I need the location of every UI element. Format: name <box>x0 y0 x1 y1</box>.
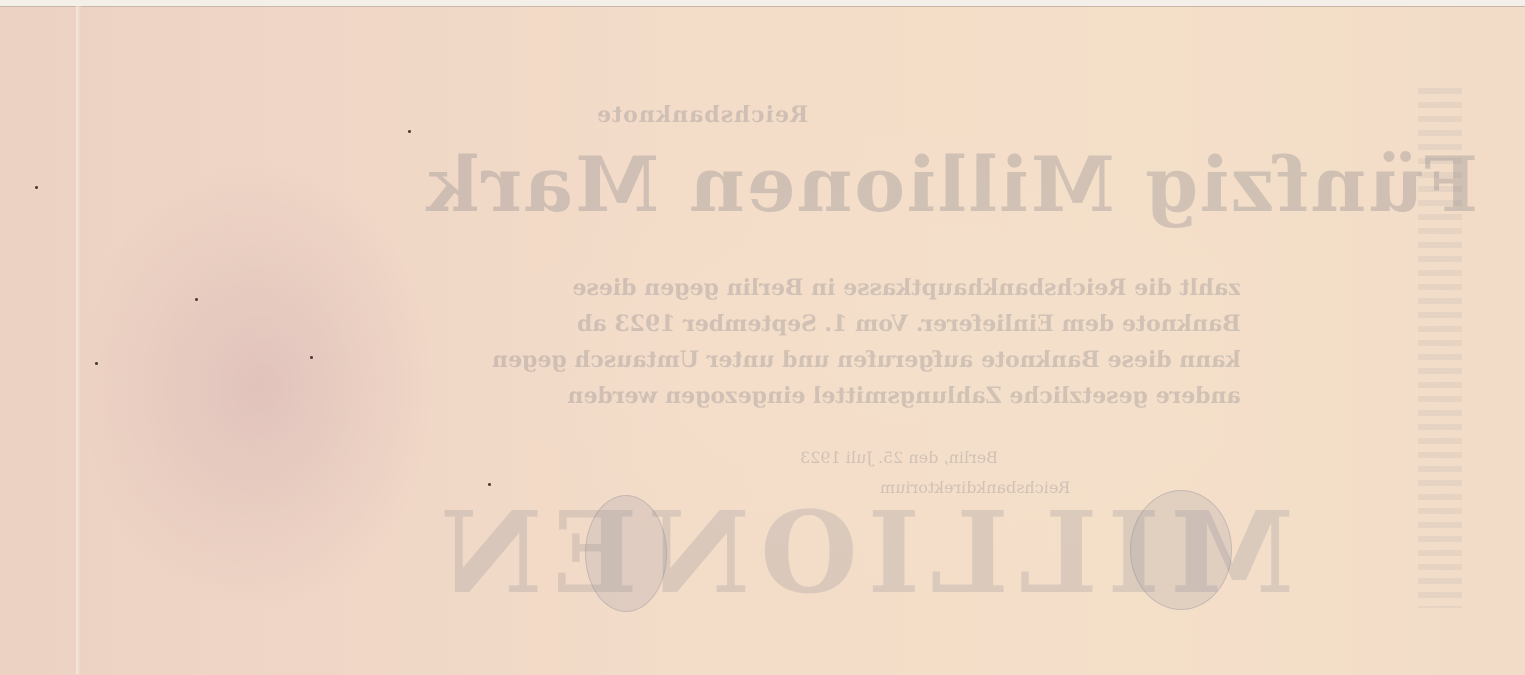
speck <box>310 356 313 359</box>
speck <box>488 483 491 486</box>
speck <box>195 298 198 301</box>
paper-fold-crease <box>76 6 82 674</box>
speck <box>95 362 98 365</box>
side-print-strip <box>1418 88 1462 608</box>
seal-left-icon <box>585 495 667 612</box>
speck <box>35 186 38 189</box>
bleed-date-line: Berlin, den 25. Juli 1923 <box>800 448 998 467</box>
seal-right-icon <box>1130 490 1232 610</box>
bleed-small-heading: Reichsbanknote <box>596 102 808 128</box>
bleed-body-line: andere gesetzliche Zahlungsmittel eingez… <box>492 378 1241 414</box>
bleed-body-line: kann diese Banknote aufgerufen und unter… <box>492 342 1241 378</box>
bleed-headline: Fünfzig Millionen Mark <box>425 140 1478 229</box>
speck <box>408 130 411 133</box>
bleed-body-text: zahlt die Reichsbankhauptkasse in Berlin… <box>492 270 1241 414</box>
bleed-body-line: zahlt die Reichsbankhauptkasse in Berlin… <box>492 270 1241 306</box>
bleed-body-line: Banknote dem Einlieferer. Vom 1. Septemb… <box>492 306 1241 342</box>
